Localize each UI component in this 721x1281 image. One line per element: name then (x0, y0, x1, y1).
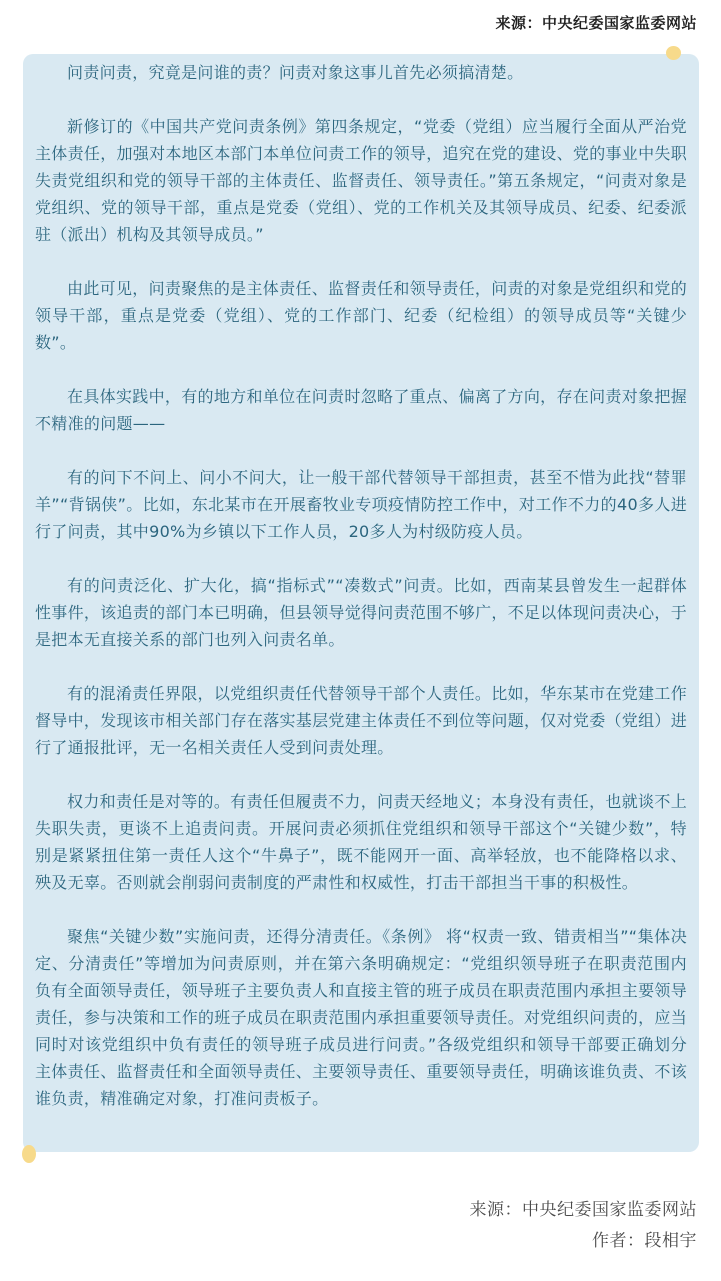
article-paragraph: 有的问下不问上、问小不问大，让一般干部代替领导干部担责，甚至不惜为此找“替罪羊”… (35, 464, 687, 545)
article-paragraph: 问责问责，究竟是问谁的责？问责对象这事儿首先必须搞清楚。 (35, 59, 687, 86)
article-paragraph: 有的混淆责任界限，以党组织责任代替领导干部个人责任。比如，华东某市在党建工作督导… (35, 680, 687, 761)
article-paragraph: 由此可见，问责聚焦的是主体责任、监督责任和领导责任，问责的对象是党组织和党的领导… (35, 275, 687, 356)
article-page: 来源：中央纪委国家监委网站 问责问责，究竟是问谁的责？问责对象这事儿首先必须搞清… (0, 0, 721, 1281)
article-paragraph: 新修订的《中国共产党问责条例》第四条规定，“党委（党组）应当履行全面从严治党主体… (35, 113, 687, 248)
accent-dot-top-right (666, 46, 681, 60)
footer-source-label: 来源：中央纪委国家监委网站 (0, 1195, 697, 1226)
top-source-label: 来源：中央纪委国家监委网站 (0, 0, 721, 33)
article-paragraph: 在具体实践中，有的地方和单位在问责时忽略了重点、偏离了方向，存在问责对象把握不精… (35, 383, 687, 437)
article-paragraph: 聚焦“关键少数”实施问责，还得分清责任。《条例》 将“权责一致、错责相当”“集体… (35, 923, 687, 1112)
article-footer: 来源：中央纪委国家监委网站 作者：段相宇 (0, 1195, 721, 1257)
article-paragraph: 权力和责任是对等的。有责任但履责不力，问责天经地义；本身没有责任，也就谈不上失职… (35, 788, 687, 896)
article-card: 问责问责，究竟是问谁的责？问责对象这事儿首先必须搞清楚。 新修订的《中国共产党问… (23, 54, 699, 1152)
article-paragraph: 有的问责泛化、扩大化，搞“指标式”“凑数式”问责。比如，西南某县曾发生一起群体性… (35, 572, 687, 653)
footer-author-label: 作者：段相宇 (0, 1226, 697, 1257)
accent-dot-bottom-left (22, 1145, 36, 1163)
